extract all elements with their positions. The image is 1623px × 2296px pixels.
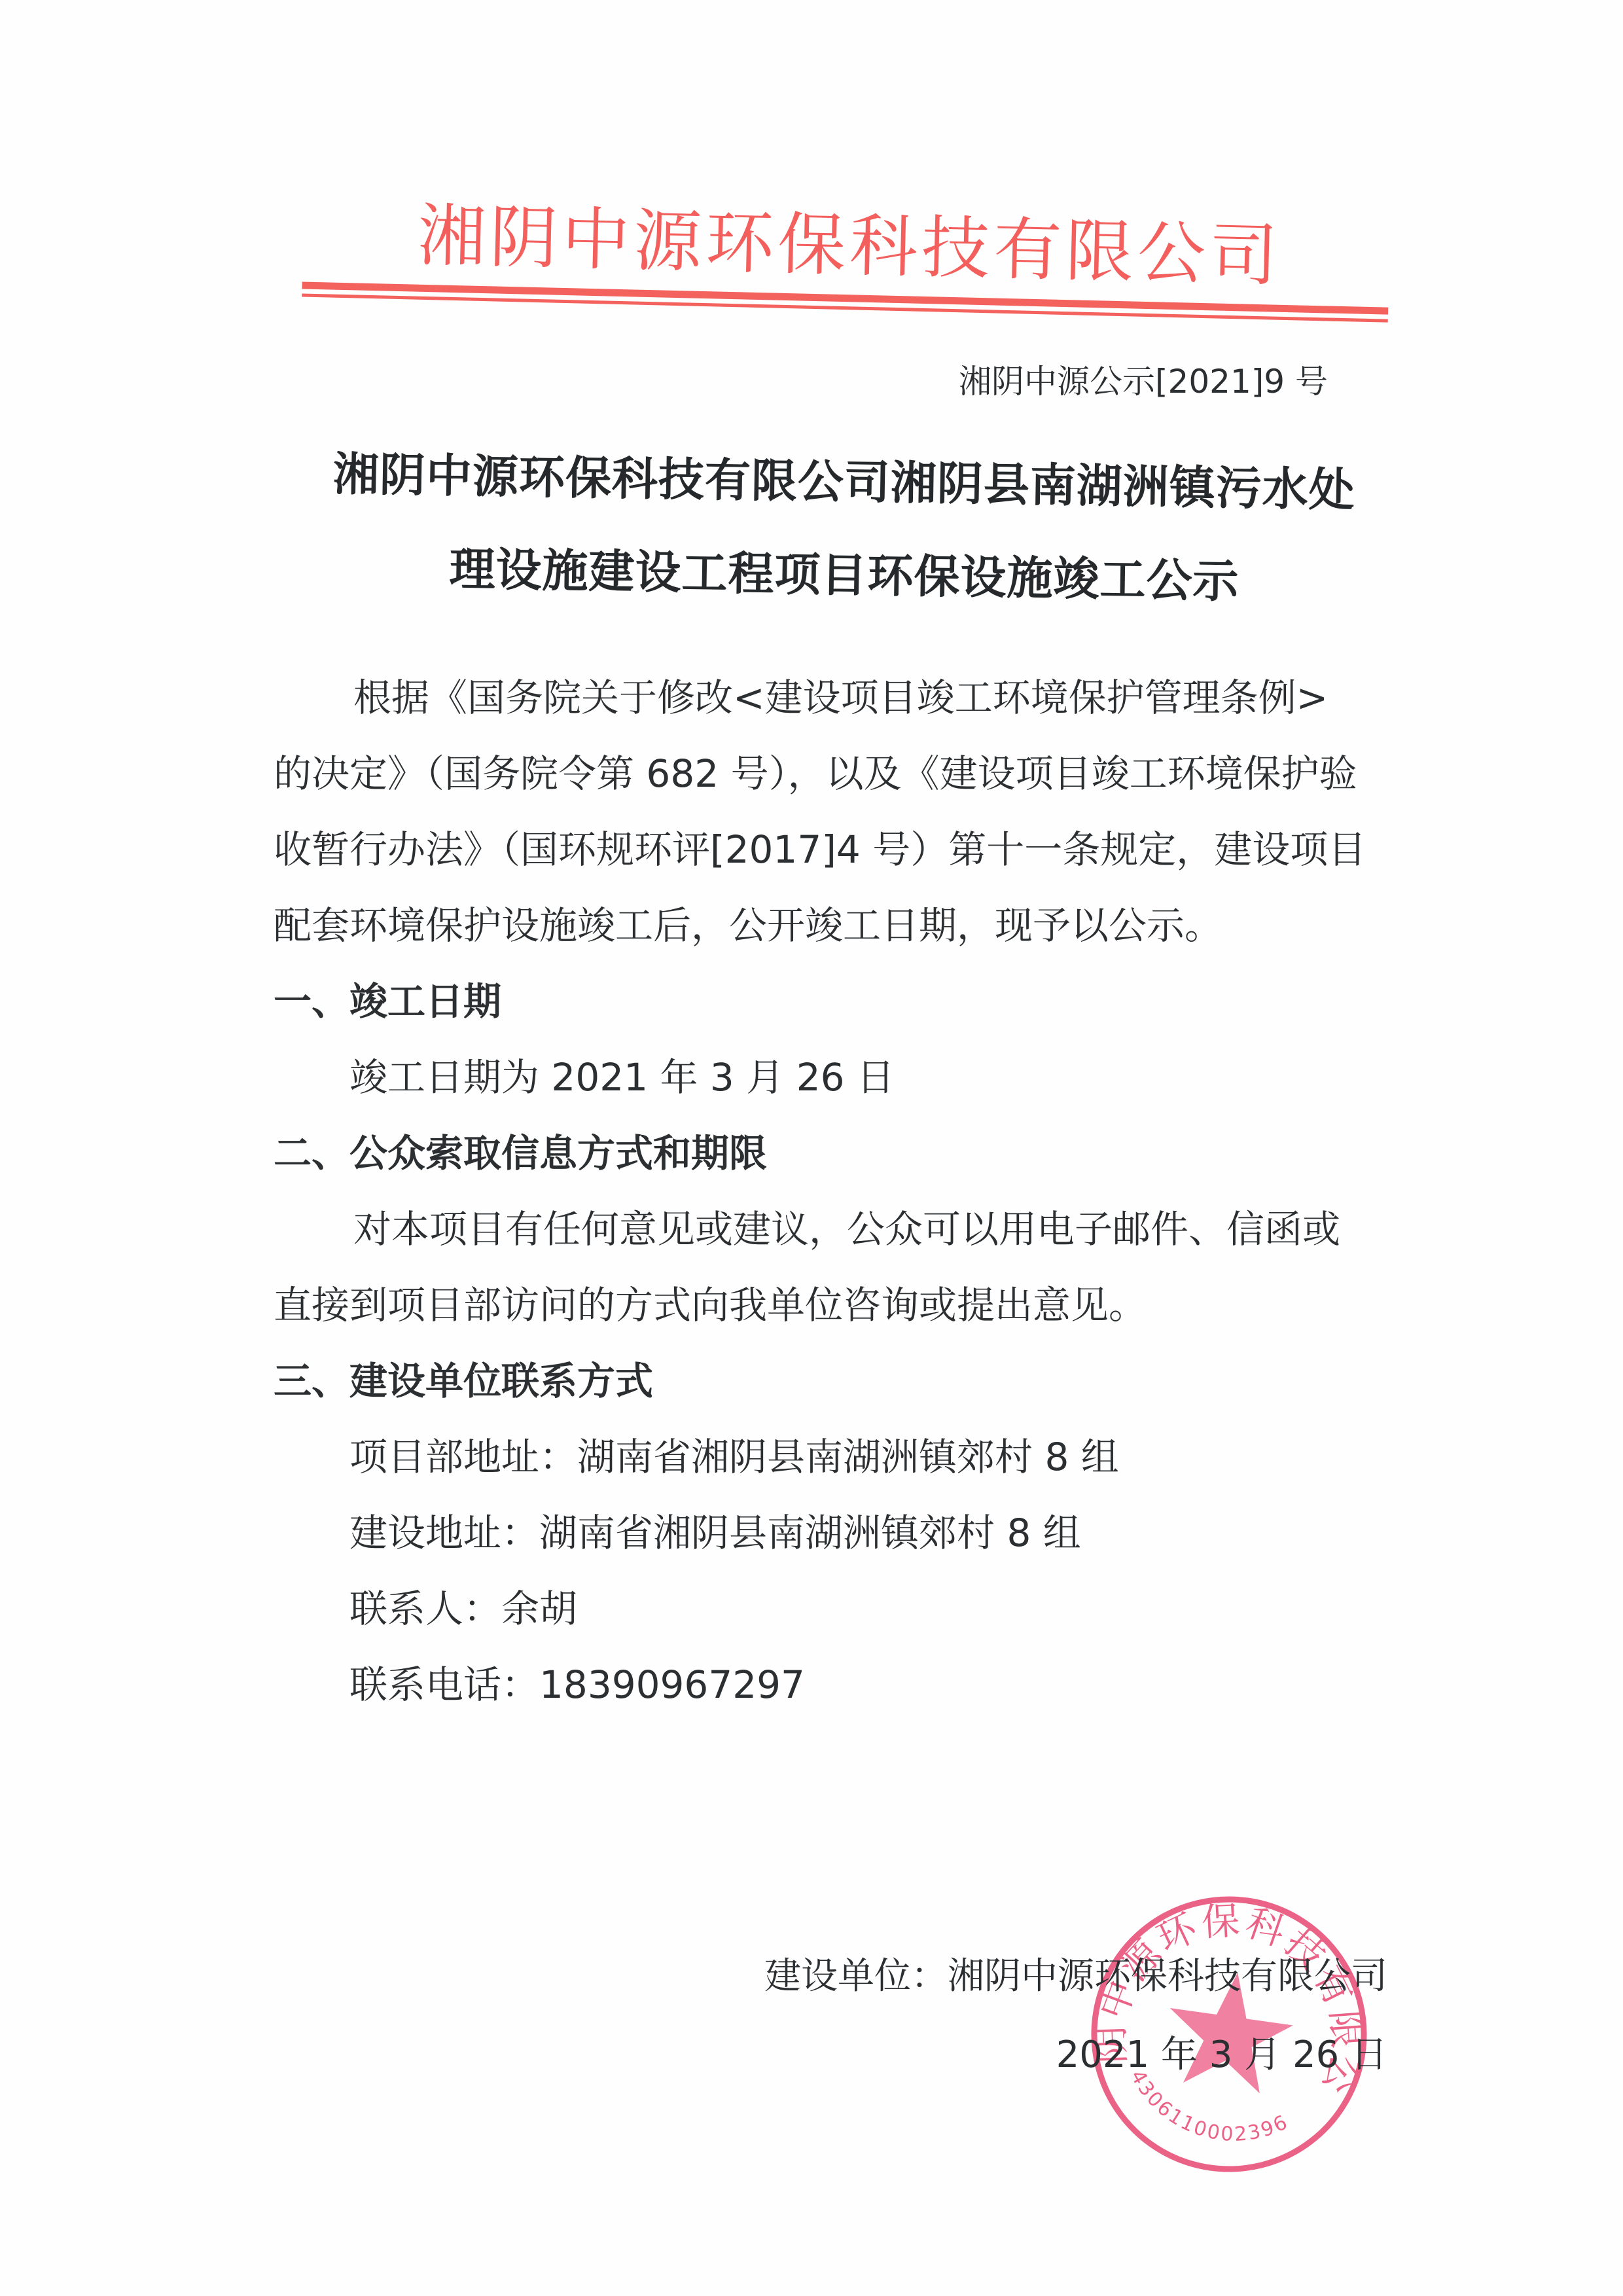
contact-row-project-address: 项目部地址：湖南省湘阴县南湖洲镇郊村 8 组 <box>274 1419 1386 1495</box>
contact-label: 联系人： <box>349 1587 501 1631</box>
signature-unit-name: 湘阴中源环保科技有限公司 <box>948 1955 1387 1998</box>
contact-row-person: 联系人：余胡 <box>274 1571 1386 1647</box>
signature-date: 2021 年 3 月 26 日 <box>681 2016 1387 2094</box>
project-address-value: 湖南省湘阴县南湖洲镇郊村 8 组 <box>577 1435 1119 1479</box>
section-heading-contact: 三、建设单位联系方式 <box>274 1343 1386 1419</box>
letterhead: 湘阴中源环保科技有限公司 <box>285 190 1400 360</box>
intro-line-1: 根据《国务院关于修改<建设项目竣工环境保护管理条例> <box>353 660 1386 736</box>
contact-label: 建设地址： <box>349 1511 539 1555</box>
completion-date-text: 竣工日期为 2021 年 3 月 26 日 <box>274 1039 1386 1115</box>
title-line-2: 理设施建设工程项目环保设施竣工公示 <box>274 515 1414 635</box>
construction-address-value: 湖南省湘阴县南湖洲镇郊村 8 组 <box>539 1511 1081 1555</box>
public-info-line-1: 对本项目有任何意见或建议，公众可以用电子邮件、信函或 <box>353 1191 1386 1267</box>
contact-phone-value: 18390967297 <box>539 1662 805 1707</box>
intro-line-2: 的决定》（国务院令第 682 号），以及《建设项目竣工环境保护验 <box>274 736 1386 812</box>
signature-unit: 建设单位：湘阴中源环保科技有限公司 <box>681 1937 1387 2016</box>
document-page: 湘阴中源环保科技有限公司 湘阴中源公示[2021]9 号 湘阴中源环保科技有限公… <box>0 0 1623 2296</box>
letterhead-company-name: 湘阴中源环保科技有限公司 <box>417 193 1283 298</box>
document-title: 湘阴中源环保科技有限公司湘阴县南湖洲镇污水处 理设施建设工程项目环保设施竣工公示 <box>275 422 1414 626</box>
contact-row-phone: 联系电话：18390967297 <box>274 1647 1386 1723</box>
signature-block: 建设单位：湘阴中源环保科技有限公司 2021 年 3 月 26 日 <box>681 1937 1387 2094</box>
section-contact: 三、建设单位联系方式 项目部地址：湖南省湘阴县南湖洲镇郊村 8 组 建设地址：湖… <box>274 1343 1386 1723</box>
section-heading-public-info: 二、公众索取信息方式和期限 <box>274 1115 1386 1191</box>
intro-line-3: 收暂行办法》（国环规环评[2017]4 号）第十一条规定，建设项目 <box>274 812 1386 888</box>
section-heading-completion-date: 一、竣工日期 <box>274 963 1386 1039</box>
document-body: 根据《国务院关于修改<建设项目竣工环境保护管理条例> 的决定》（国务院令第 68… <box>274 660 1386 1723</box>
contact-person-value: 余胡 <box>501 1587 577 1631</box>
intro-line-4: 配套环境保护设施竣工后，公开竣工日期，现予以公示。 <box>274 888 1386 963</box>
signature-unit-label: 建设单位： <box>764 1955 948 1998</box>
contact-label: 项目部地址： <box>349 1435 577 1479</box>
public-info-line-2: 直接到项目部访问的方式向我单位咨询或提出意见。 <box>274 1267 1386 1343</box>
contact-label: 联系电话： <box>349 1662 539 1707</box>
section-completion-date: 一、竣工日期 竣工日期为 2021 年 3 月 26 日 <box>274 963 1386 1115</box>
intro-paragraph: 根据《国务院关于修改<建设项目竣工环境保护管理条例> 的决定》（国务院令第 68… <box>274 660 1386 963</box>
section-public-info: 二、公众索取信息方式和期限 对本项目有任何意见或建议，公众可以用电子邮件、信函或… <box>274 1115 1386 1343</box>
contact-row-construction-address: 建设地址：湖南省湘阴县南湖洲镇郊村 8 组 <box>274 1495 1386 1571</box>
document-number: 湘阴中源公示[2021]9 号 <box>959 359 1328 404</box>
